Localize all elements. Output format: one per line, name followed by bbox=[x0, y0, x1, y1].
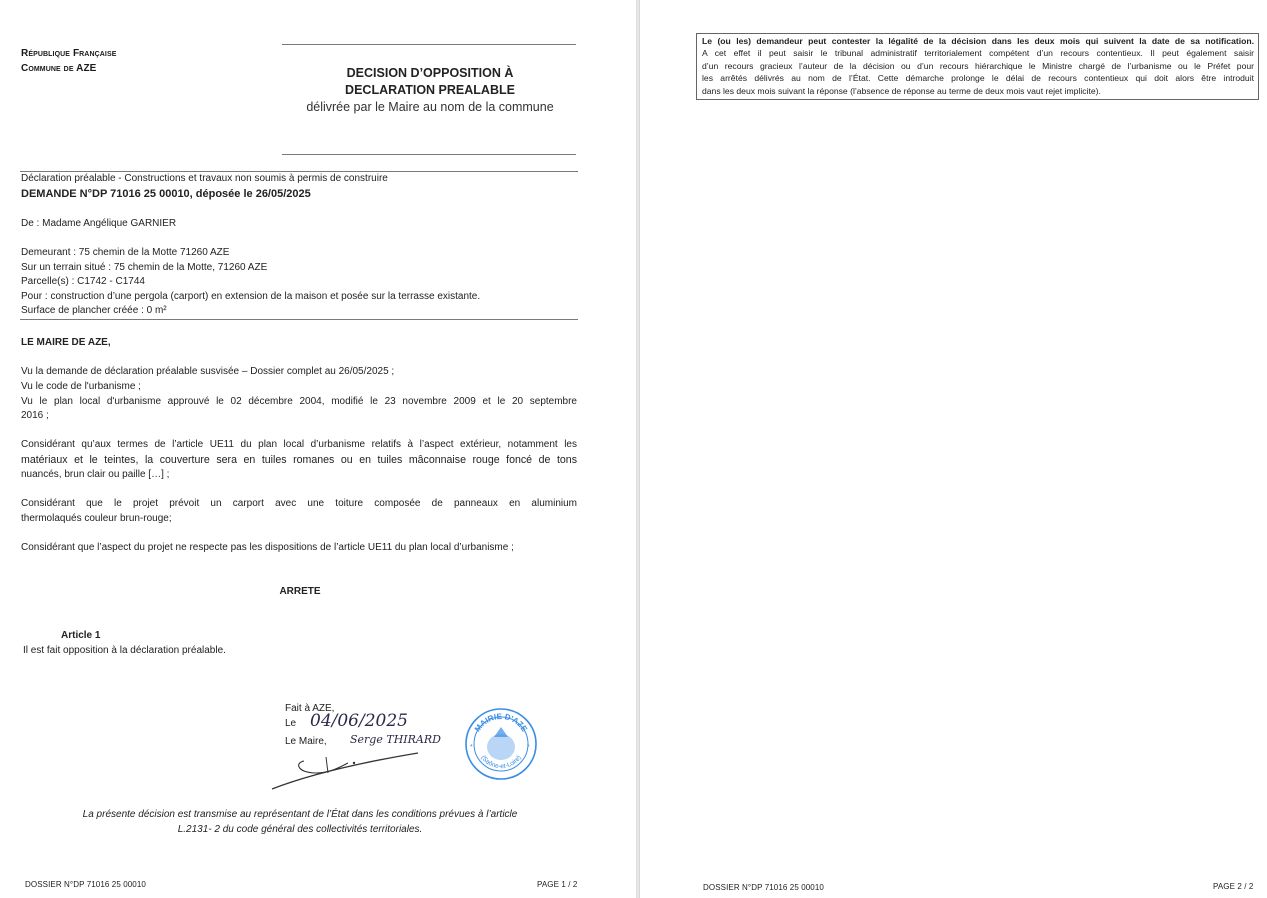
mayor-heading: LE MAIRE DE AZE, bbox=[21, 336, 111, 351]
considerant-2-line: thermolaqués couleur brun-rouge; bbox=[21, 512, 172, 527]
title-line-2: DECLARATION PREALABLE bbox=[282, 82, 578, 99]
applicant: De : Madame Angélique GARNIER bbox=[21, 217, 176, 232]
footer-dossier: DOSSIER N°DP 71016 25 00010 bbox=[25, 880, 146, 889]
transmission-note: La présente décision est transmise au re… bbox=[0, 807, 600, 837]
demand-number: DEMANDE N°DP 71016 25 00010, déposée le … bbox=[21, 187, 311, 202]
request-type: Déclaration préalable - Constructions et… bbox=[21, 172, 388, 187]
document-title: DECISION D’OPPOSITION À DECLARATION PREA… bbox=[282, 65, 578, 116]
considerant-1-line: matériaux et le teintes, la couverture s… bbox=[21, 453, 577, 468]
signature-date-label: Le bbox=[285, 717, 296, 732]
mairie-stamp-icon: MAIRIE D'AZE (Saône-et-Loire) * * bbox=[464, 707, 538, 781]
request-rule-bottom bbox=[20, 319, 578, 320]
title-rule-bottom bbox=[282, 154, 576, 155]
vu-line: Vu le code de l'urbanisme ; bbox=[21, 380, 141, 395]
appeal-notice-line: d’un recours gracieux l’auteur de la déc… bbox=[702, 60, 1254, 72]
considerant-3: Considérant que l’aspect du projet ne re… bbox=[21, 541, 514, 556]
vu-line: Vu le plan local d'urbanisme approuvé le… bbox=[21, 395, 577, 410]
svg-text:*: * bbox=[527, 744, 530, 751]
footer-page-number: PAGE 1 / 2 bbox=[537, 880, 577, 889]
considerant-2-line: Considérant que le projet prévoit un car… bbox=[21, 497, 577, 512]
floor-area: Surface de plancher créée : 0 m² bbox=[21, 304, 167, 319]
title-subtitle: délivrée par le Maire au nom de la commu… bbox=[282, 99, 578, 116]
transmission-note-line: La présente décision est transmise au re… bbox=[0, 807, 600, 822]
footer-page-number: PAGE 2 / 2 bbox=[1213, 882, 1253, 891]
appeal-notice-box: Le (ou les) demandeur peut contester la … bbox=[696, 33, 1259, 100]
vu-line: Vu la demande de déclaration préalable s… bbox=[21, 365, 394, 380]
republic-label: République Française bbox=[21, 47, 117, 61]
commune-label: Commune de AZE bbox=[21, 62, 96, 76]
appeal-notice-line: les arrêtés délivrés au nom de l’État. C… bbox=[702, 72, 1254, 84]
title-rule-top bbox=[282, 44, 576, 45]
signature-scribble-icon bbox=[268, 745, 448, 793]
appeal-notice-line: Le (ou les) demandeur peut contester la … bbox=[702, 35, 1254, 47]
document-page-1: République Française Commune de AZE DECI… bbox=[0, 0, 636, 898]
appeal-notice-line: A cet effet il peut saisir le tribunal a… bbox=[702, 47, 1254, 59]
purpose: Pour : construction d’une pergola (carpo… bbox=[21, 290, 480, 305]
residence: Demeurant : 75 chemin de la Motte 71260 … bbox=[21, 246, 229, 261]
considerant-1-line: Considérant qu’aux termes de l’article U… bbox=[21, 438, 577, 453]
transmission-note-line: L.2131- 2 du code général des collectivi… bbox=[0, 822, 600, 837]
appeal-notice-line: dans les deux mois suivant la réponse (l… bbox=[702, 85, 1254, 97]
arrete-heading: ARRETE bbox=[0, 585, 600, 600]
article-text: Il est fait opposition à la déclaration … bbox=[23, 644, 226, 659]
handwritten-date: 04/06/2025 bbox=[310, 711, 408, 731]
parcels: Parcelle(s) : C1742 - C1744 bbox=[21, 275, 145, 290]
document-page-2: Le (ou les) demandeur peut contester la … bbox=[640, 0, 1267, 898]
vu-line: 2016 ; bbox=[21, 409, 49, 424]
land-location: Sur un terrain situé : 75 chemin de la M… bbox=[21, 261, 267, 276]
considerant-1-line: nuancés, brun clair ou paille […] ; bbox=[21, 468, 169, 483]
svg-text:*: * bbox=[470, 744, 473, 751]
title-line-1: DECISION D’OPPOSITION À bbox=[282, 65, 578, 82]
footer-dossier: DOSSIER N°DP 71016 25 00010 bbox=[703, 883, 824, 892]
article-title: Article 1 bbox=[61, 629, 100, 644]
